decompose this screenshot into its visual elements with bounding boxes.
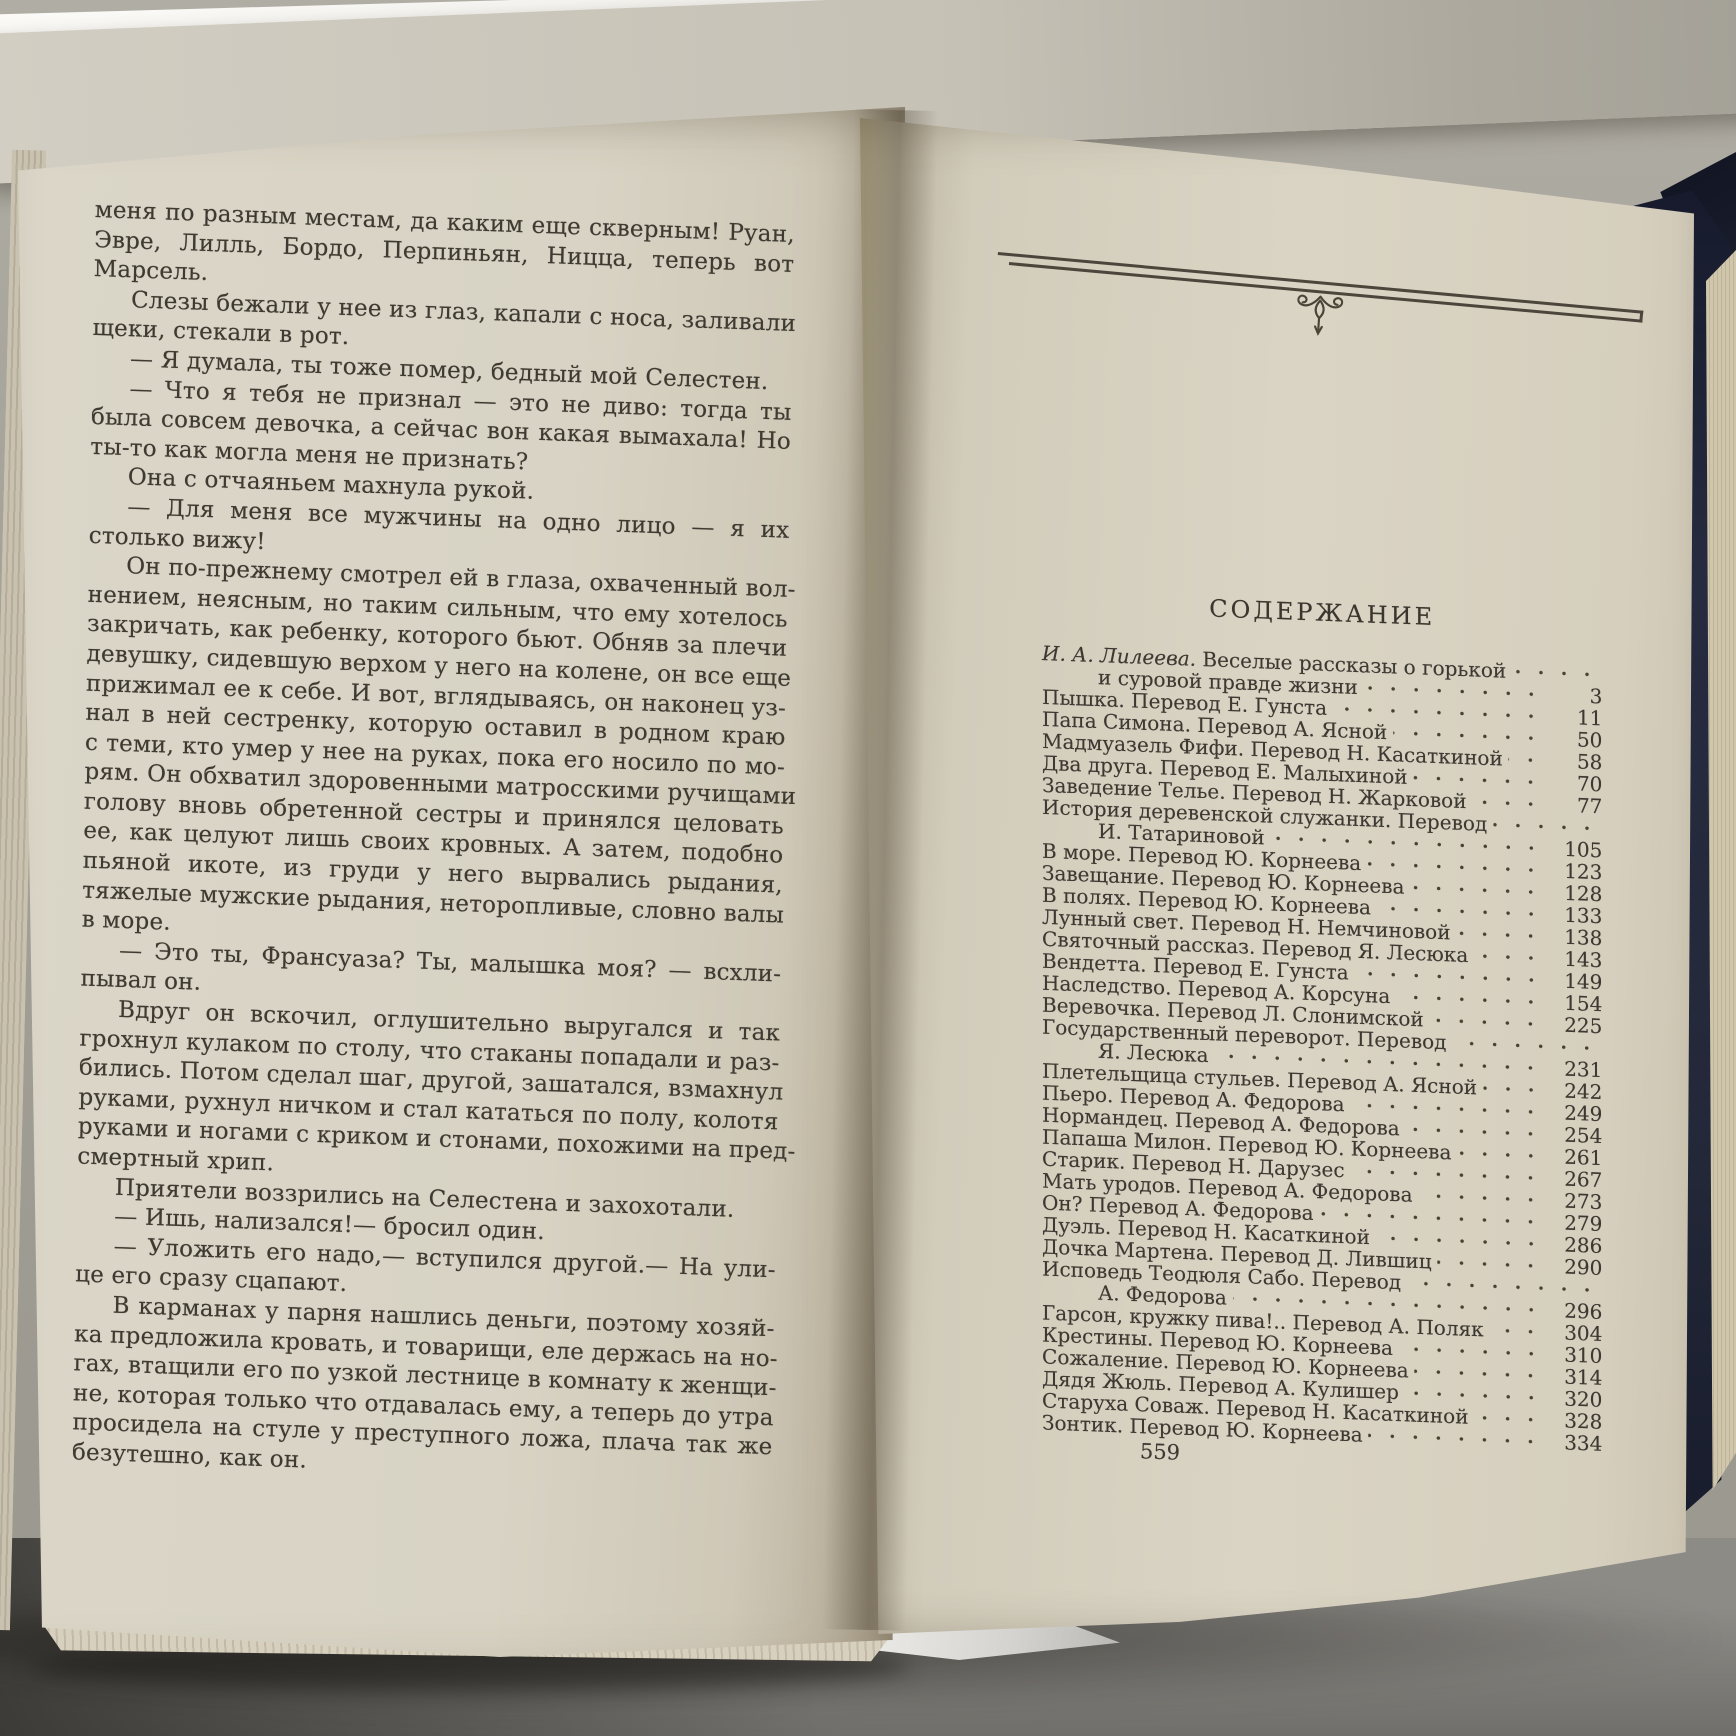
toc-page-number: 50 (1546, 727, 1602, 751)
toc-page-number: 143 (1546, 947, 1602, 971)
toc-leader-dots (1419, 1186, 1545, 1209)
toc-page-number: 105 (1546, 837, 1602, 861)
toc-leader-dots (1474, 946, 1544, 967)
folio-page-number: 559 (1118, 1439, 1203, 1466)
toc-page-number: 279 (1546, 1211, 1602, 1235)
toc-leader-dots (1457, 1144, 1544, 1165)
toc-page-number: 304 (1546, 1321, 1602, 1345)
toc-page-number: 128 (1546, 881, 1602, 905)
toc-leader-dots (1410, 878, 1544, 901)
toc-leader-dots (1457, 924, 1545, 945)
toc-leader-dots (1475, 1408, 1545, 1429)
toc-page-number: 242 (1546, 1079, 1602, 1103)
toc-leader-dots (1438, 1253, 1545, 1275)
toc-page-number: 123 (1546, 859, 1602, 883)
toc-page-number: 70 (1546, 771, 1602, 795)
toc-page-number: 286 (1546, 1233, 1602, 1257)
toc-page-number: 231 (1546, 1057, 1602, 1081)
fleuron-ornament-icon (1286, 288, 1352, 350)
toc-page-number: 154 (1546, 991, 1602, 1015)
toc-page-number: 267 (1546, 1167, 1602, 1191)
toc-leader-dots (1490, 1321, 1545, 1341)
toc-page-number: 77 (1546, 793, 1602, 817)
toc-leader-dots (1369, 1426, 1545, 1451)
toc-page-number: 261 (1546, 1145, 1602, 1169)
toc-page-number: 58 (1546, 749, 1602, 773)
toc-page-number: 11 (1546, 705, 1602, 729)
toc-page-number: 314 (1546, 1365, 1602, 1389)
left-page-text: меня по разным местам, да каким еще скве… (72, 196, 795, 1493)
toc-page-number: 138 (1546, 925, 1602, 949)
toc-page-number: 225 (1546, 1013, 1602, 1037)
toc-leader-dots (1415, 1362, 1545, 1385)
toc-list: И. А. Лилеева. Веселые рассказы о горько… (1042, 642, 1602, 1455)
toc-leader-dots (1430, 1011, 1545, 1033)
toc-leader-dots (1493, 815, 1600, 837)
toc-leader-dots (1509, 750, 1545, 769)
toc-page-number: 133 (1546, 903, 1602, 927)
book-photo-scene: меня по разным местам, да каким еще скве… (0, 0, 1736, 1736)
toc-page-number: 310 (1546, 1343, 1602, 1367)
toc-page-number: 3 (1546, 683, 1602, 707)
table-of-contents: СОДЕРЖАНИЕ И. А. Лилеева. Веселые расска… (1042, 588, 1602, 1455)
toc-page-number: 320 (1546, 1387, 1602, 1411)
toc-page-number: 296 (1546, 1299, 1602, 1323)
toc-page-number: 249 (1546, 1101, 1602, 1125)
toc-page-number: 254 (1546, 1123, 1602, 1147)
toc-page-number: 290 (1546, 1255, 1602, 1279)
toc-page-number: 273 (1546, 1189, 1602, 1213)
toc-leader-dots (1473, 792, 1545, 813)
toc-leader-dots (1512, 662, 1600, 683)
toc-page-number: 149 (1546, 969, 1602, 993)
toc-page-number: 334 (1546, 1431, 1602, 1455)
toc-leader-dots (1483, 1079, 1544, 1099)
toc-page-number: 328 (1546, 1409, 1602, 1433)
